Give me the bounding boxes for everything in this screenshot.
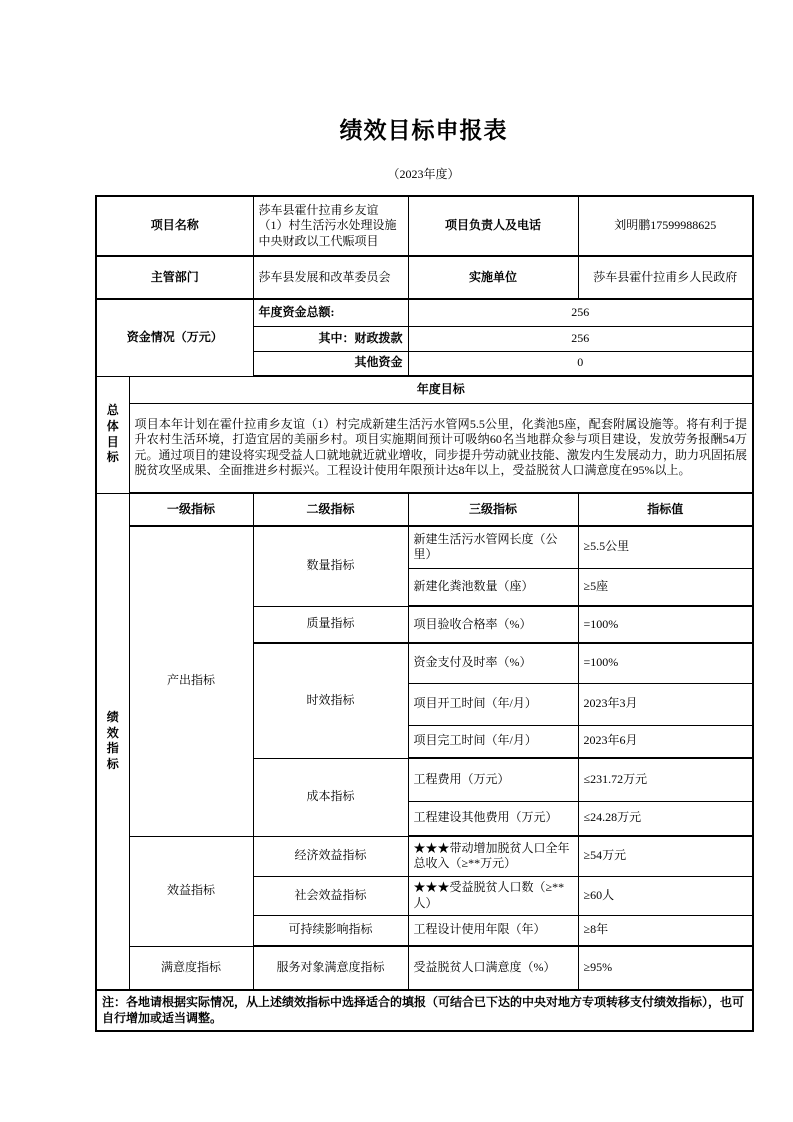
indicator-value: =100% [578,606,753,643]
annual-goal-header: 年度目标 [129,376,753,403]
indicator-value: ≥60人 [578,876,753,915]
funding-section-label: 资金情况（万元） [96,299,253,376]
form-document: 绩效目标申报表 （2023年度） 项目名称 莎车县霍什拉甫乡友谊（1）村生活污水… [95,112,752,1032]
level2-quantity: 数量指标 [253,526,408,606]
indicator-value: 2023年6月 [578,725,753,758]
col-header-value: 指标值 [578,493,753,526]
indicator-value: =100% [578,643,753,683]
funding-total-label: 年度资金总额: [253,299,408,326]
indicator-name: ★★★带动增加脱贫人口全年总收入（≥**万元） [408,836,578,876]
performance-indicator-label: 绩效指标 [96,493,129,990]
level1-output: 产出指标 [129,526,253,836]
competent-dept-label: 主管部门 [96,256,253,299]
indicator-name: ★★★受益脱贫人口数（≥**人） [408,876,578,915]
indicator-name: 工程设计使用年限（年） [408,915,578,946]
indicator-value: ≥8年 [578,915,753,946]
declaration-form-table: 项目名称 莎车县霍什拉甫乡友谊（1）村生活污水处理设施中央财政以工代赈项目 项目… [95,195,754,1032]
page-subtitle: （2023年度） [95,165,752,182]
indicator-value: ≤24.28万元 [578,801,753,836]
indicator-name: 项目验收合格率（%） [408,606,578,643]
indicator-name: 工程建设其他费用（万元） [408,801,578,836]
level2-sustainability: 可持续影响指标 [253,915,408,946]
indicator-name: 新建化粪池数量（座） [408,568,578,606]
implementing-unit-label: 实施单位 [408,256,578,299]
funding-total-value: 256 [408,299,753,326]
page-title: 绩效目标申报表 [95,112,752,145]
indicator-name: 项目完工时间（年/月） [408,725,578,758]
indicator-name: 资金支付及时率（%） [408,643,578,683]
indicator-name: 项目开工时间（年/月） [408,683,578,725]
level2-timeliness: 时效指标 [253,643,408,758]
indicator-name: 受益脱贫人口满意度（%） [408,946,578,990]
project-manager-value: 刘明鹏17599988625 [578,196,753,256]
indicator-value: ≤231.72万元 [578,758,753,801]
indicator-name: 新建生活污水管网长度（公里） [408,526,578,568]
level2-economic: 经济效益指标 [253,836,408,876]
overall-goal-label: 总体目标 [96,376,129,493]
col-header-level1: 一级指标 [129,493,253,526]
level2-quality: 质量指标 [253,606,408,643]
competent-dept-value: 莎车县发展和改革委员会 [253,256,408,299]
indicator-value: 2023年3月 [578,683,753,725]
funding-other-value: 0 [408,351,753,376]
funding-fiscal-label: 其中：财政拨款 [253,326,408,351]
funding-fiscal-value: 256 [408,326,753,351]
level2-social: 社会效益指标 [253,876,408,915]
annual-goal-text: 项目本年计划在霍什拉甫乡友谊（1）村完成新建生活污水管网5.5公里，化粪池5座，… [129,403,753,493]
project-name-label: 项目名称 [96,196,253,256]
indicator-value: ≥54万元 [578,836,753,876]
col-header-level2: 二级指标 [253,493,408,526]
level2-service: 服务对象满意度指标 [253,946,408,990]
level1-benefit: 效益指标 [129,836,253,946]
project-name-value: 莎车县霍什拉甫乡友谊（1）村生活污水处理设施中央财政以工代赈项目 [253,196,408,256]
implementing-unit-value: 莎车县霍什拉甫乡人民政府 [578,256,753,299]
level2-cost: 成本指标 [253,758,408,836]
level1-satisfaction: 满意度指标 [129,946,253,990]
indicator-name: 工程费用（万元） [408,758,578,801]
indicator-value: ≥95% [578,946,753,990]
project-manager-label: 项目负责人及电话 [408,196,578,256]
document-page: 绩效目标申报表 （2023年度） 项目名称 莎车县霍什拉甫乡友谊（1）村生活污水… [0,0,793,1122]
indicator-value: ≥5座 [578,568,753,606]
indicator-value: ≥5.5公里 [578,526,753,568]
funding-other-label: 其他资金 [253,351,408,376]
footer-note: 注：各地请根据实际情况，从上述绩效指标中选择适合的填报（可结合已下达的中央对地方… [96,990,753,1031]
col-header-level3: 三级指标 [408,493,578,526]
